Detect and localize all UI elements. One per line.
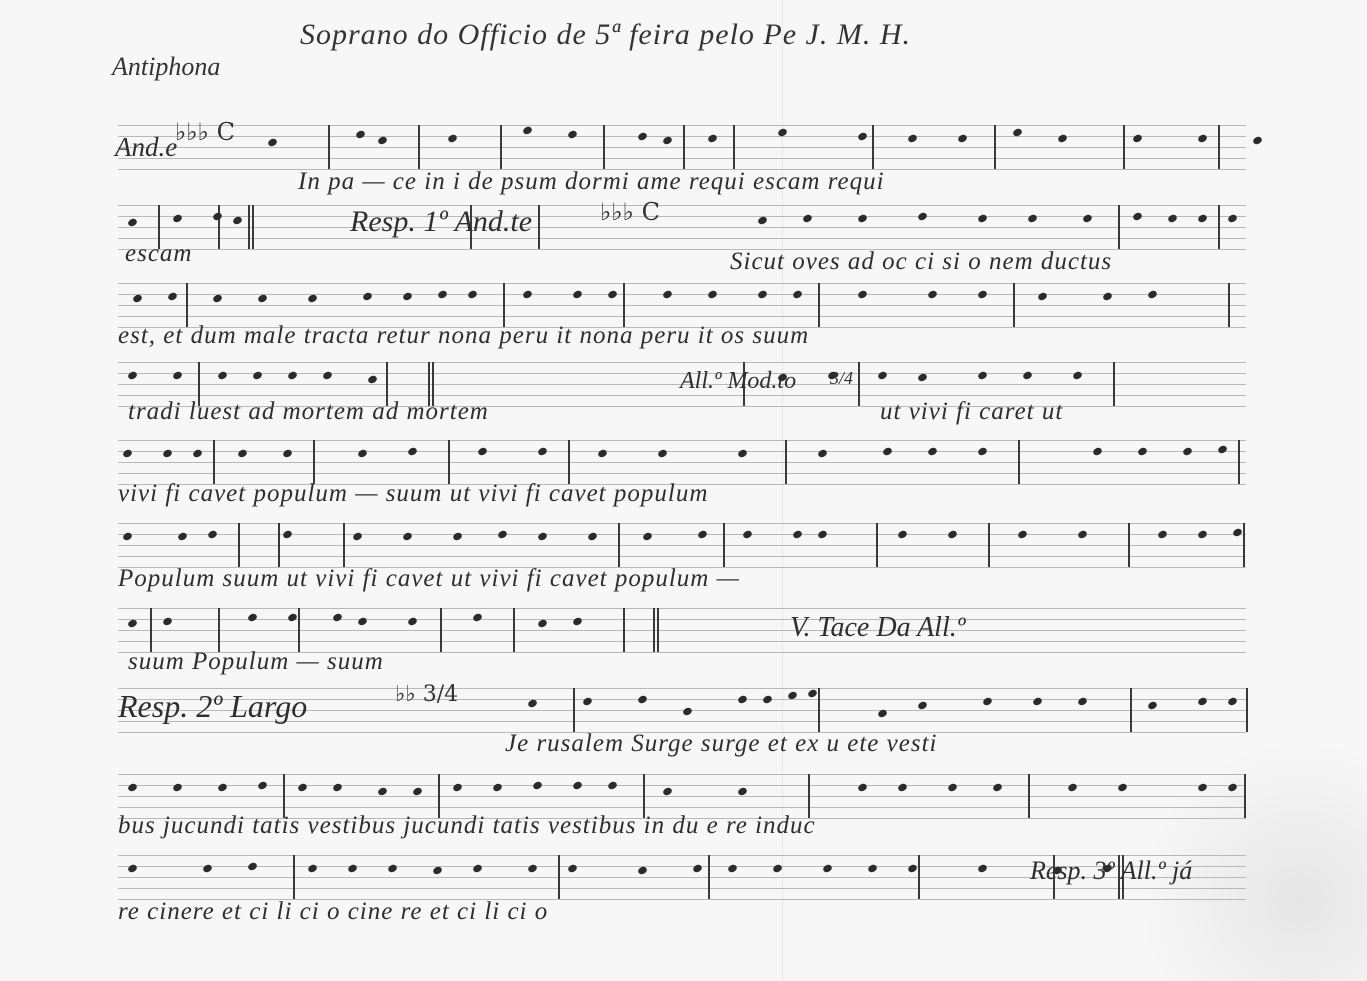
staff-4-marking: All.º Mod.to (680, 368, 796, 395)
staff-8-key: ♭♭ 3/4 (395, 682, 458, 707)
staff-7-lyrics: suum Populum — suum (128, 648, 384, 676)
staff-4-lyrics-left: tradi luest ad mortem ad mortem (128, 398, 489, 426)
staff-1 (118, 125, 1246, 169)
section-antiphona: Antiphona (112, 52, 220, 82)
staff-2-lyrics: Sicut oves ad oc ci si o nem ductus (730, 248, 1112, 276)
staff-1-marking: And.e (115, 132, 177, 163)
staff-3 (118, 283, 1246, 327)
staff-6-lyrics: Populum suum ut vivi fi cavet ut vivi fi… (118, 565, 740, 593)
staff-10-lyrics: re cinere et ci li ci o cine re et ci li… (118, 898, 548, 926)
staff-2-marking: Resp. 1º And.te (350, 205, 532, 239)
staff-5 (118, 440, 1246, 484)
staff-8-lyrics: Je rusalem Surge surge et ex u ete vesti (505, 730, 937, 758)
staff-10-annotation: Resp. 3º All.º já (1030, 856, 1192, 886)
staff-8-marking: Resp. 2º Largo (118, 688, 307, 725)
staff-2 (118, 205, 1246, 249)
staff-4-meter: 3/4 (830, 368, 853, 389)
staff-4-lyrics: ut vivi fi caret ut (880, 398, 1063, 426)
staff-7-annotation: V. Tace Da All.º (790, 612, 965, 644)
staff-2-lyrics-before: escam (125, 240, 192, 268)
staff-7 (118, 608, 1246, 652)
staff-2-key: ♭♭♭ C (600, 198, 660, 226)
staff-3-lyrics: est, et dum male tracta retur nona peru … (118, 322, 809, 350)
staff-5-lyrics: vivi fi cavet populum — suum ut vivi fi … (118, 480, 708, 508)
staff-9-lyrics: bus jucundi tatis vestibus jucundi tatis… (118, 812, 816, 840)
staff-1-lyrics: In pa — ce in i de psum dormi ame requi … (298, 168, 885, 196)
document-title: Soprano do Officio de 5ª feira pelo Pe J… (300, 18, 911, 52)
staff-6 (118, 523, 1246, 567)
staff-1-key: ♭♭♭ C (175, 118, 235, 146)
manuscript-page: Soprano do Officio de 5ª feira pelo Pe J… (0, 0, 1367, 981)
